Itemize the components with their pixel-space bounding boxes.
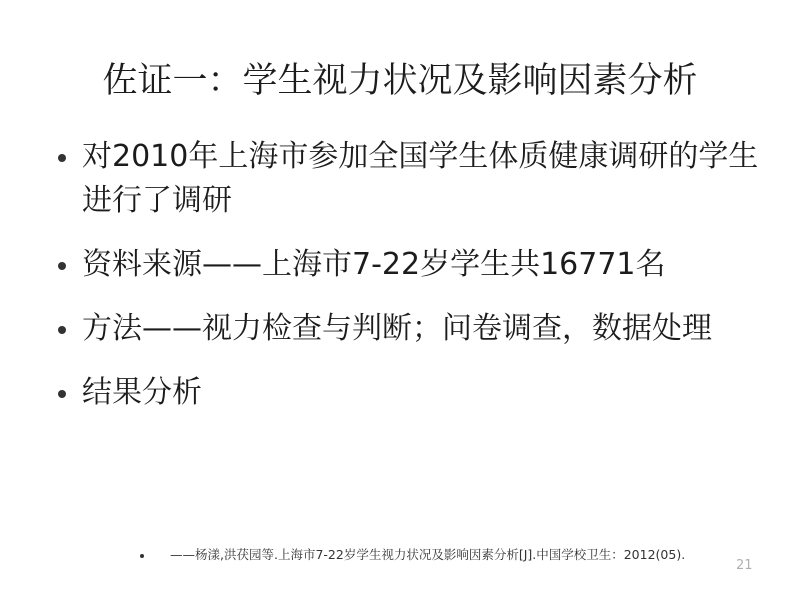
bullet-text: 方法——视力检查与判断；问卷调查，数据处理 <box>82 311 712 346</box>
bullet-dot-icon <box>58 390 66 398</box>
bullet-dot-icon <box>58 326 66 334</box>
page-number: 21 <box>736 558 753 573</box>
bullet-item: 对2010年上海市参加全国学生体质健康调研的学生进行了调研 <box>42 135 762 223</box>
bullet-text: 对2010年上海市参加全国学生体质健康调研的学生进行了调研 <box>82 139 758 218</box>
bullet-item: 资料来源——上海市7-22岁学生共16771名 <box>42 243 762 287</box>
slide-title: 佐证一：学生视力状况及影响因素分析 <box>0 58 800 104</box>
bullet-list: 对2010年上海市参加全国学生体质健康调研的学生进行了调研 资料来源——上海市7… <box>42 135 762 435</box>
bullet-text: 资料来源——上海市7-22岁学生共16771名 <box>82 247 666 282</box>
bullet-text: 结果分析 <box>82 375 202 410</box>
bullet-dot-icon <box>58 154 66 162</box>
bullet-dot-icon <box>140 554 144 558</box>
slide: 佐证一：学生视力状况及影响因素分析 对2010年上海市参加全国学生体质健康调研的… <box>0 0 800 600</box>
bullet-dot-icon <box>58 262 66 270</box>
bullet-item: 结果分析 <box>42 371 762 415</box>
bullet-item: 方法——视力检查与判断；问卷调查，数据处理 <box>42 307 762 351</box>
reference-text: ——杨漾,洪茯园等.上海市7-22岁学生视力状况及影响因素分析[J].中国学校卫… <box>170 547 685 562</box>
reference-citation: ——杨漾,洪茯园等.上海市7-22岁学生视力状况及影响因素分析[J].中国学校卫… <box>140 546 685 564</box>
